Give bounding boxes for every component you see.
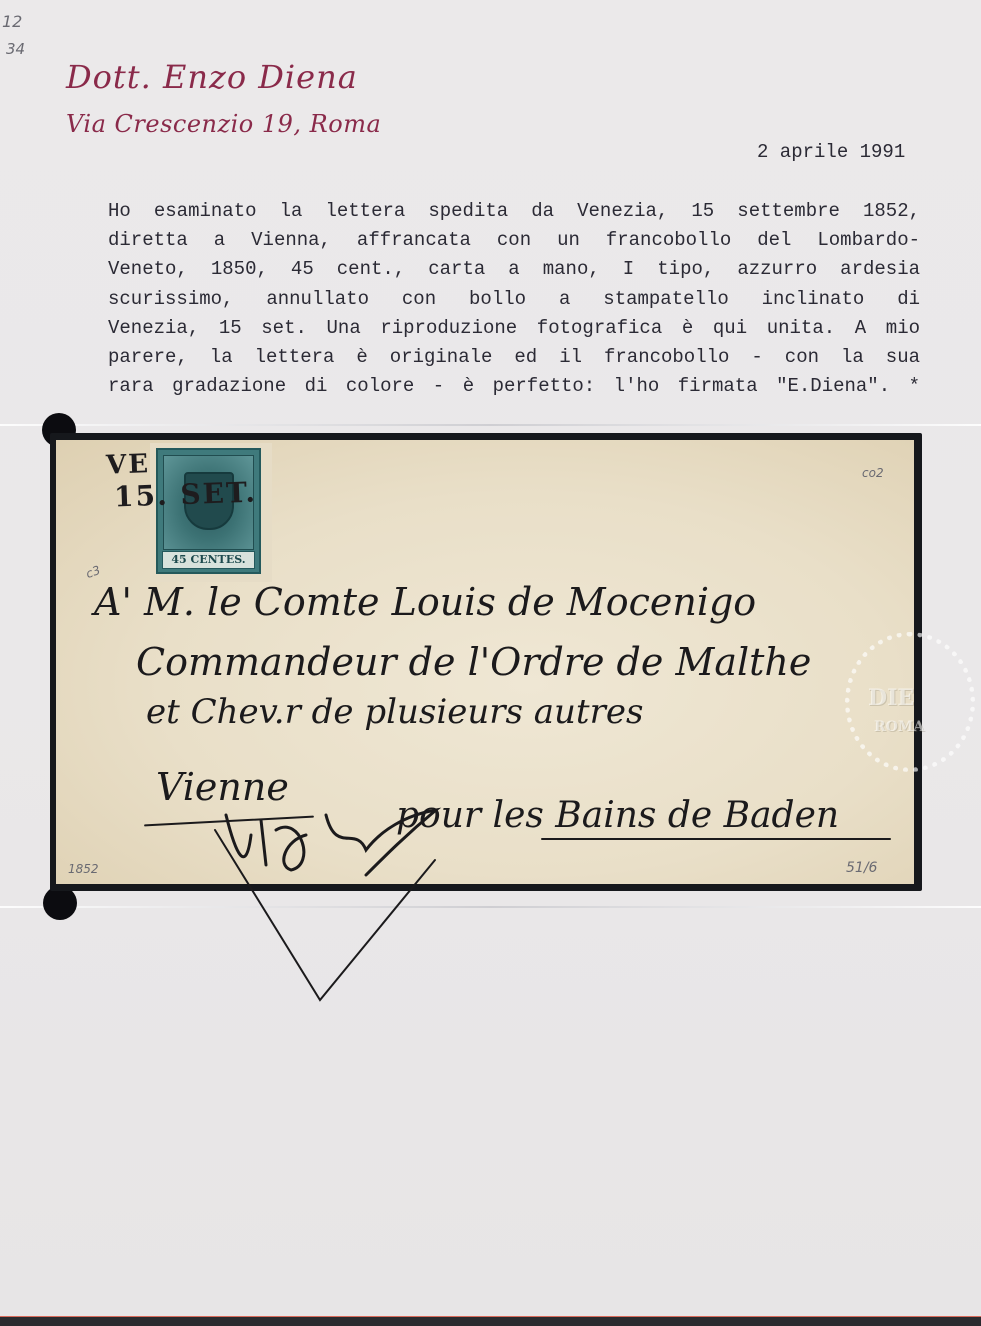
pencil-mark-year: 1852 [68,862,99,876]
pencil-mark-top-right: co2 [862,466,884,480]
certificate-date: 2 aprile 1991 [757,141,905,163]
pencil-mark-left: c3 [84,563,102,581]
body-line: scurissimo, annullato con bollo a stampa… [108,285,920,314]
scan-edge [0,1316,981,1326]
address-line-2: Commandeur de l'Ordre de Malthe [136,640,811,684]
letterhead-address: Via Crescenzio 19, Roma [66,110,381,138]
body-line: diretta a Vienna, affrancata con un fran… [108,226,920,255]
letterhead-name: Dott. Enzo Diena [66,58,358,96]
fold-line-bottom [0,906,981,908]
address-line-1: A' M. le Comte Louis de Mocenigo [94,580,756,624]
fold-line-top [0,424,981,426]
margin-note-1: 12 [2,12,22,31]
certificate-page: 12 34 Dott. Enzo Diena Via Crescenzio 19… [0,0,981,1316]
stamp-value: 45 CENTES. [162,551,255,569]
cancel-date: 15. SET. [113,476,257,514]
signature-v-stroke [200,820,440,1010]
seal-text-name: DIE [868,685,914,711]
body-line: Ho esaminato la lettera spedita da Venez… [108,197,920,226]
envelope-photo: VENEZIA 45 CENTES. 15. SET. co2 c3 A' M.… [56,440,914,884]
body-line: Venezia, 15 set. Una riproduzione fotogr… [108,314,920,343]
pencil-mark-catalog: 51/6 [846,860,877,876]
body-line: parere, la lettera è originale ed il fra… [108,343,920,372]
seal-text-city: ROMA [874,719,924,735]
certificate-body: Ho esaminato la lettera spedita da Venez… [108,197,920,401]
body-line: Veneto, 1850, 45 cent., carta a mano, I … [108,255,920,284]
embossed-seal: DIE ROMA [845,632,975,772]
punch-hole-bottom [43,886,77,920]
destination-underline [541,838,891,840]
address-line-3: et Chev.r de plusieurs autres [146,692,643,732]
body-line: rara gradazione di colore - è perfetto: … [108,372,920,401]
margin-note-2: 34 [6,40,25,58]
